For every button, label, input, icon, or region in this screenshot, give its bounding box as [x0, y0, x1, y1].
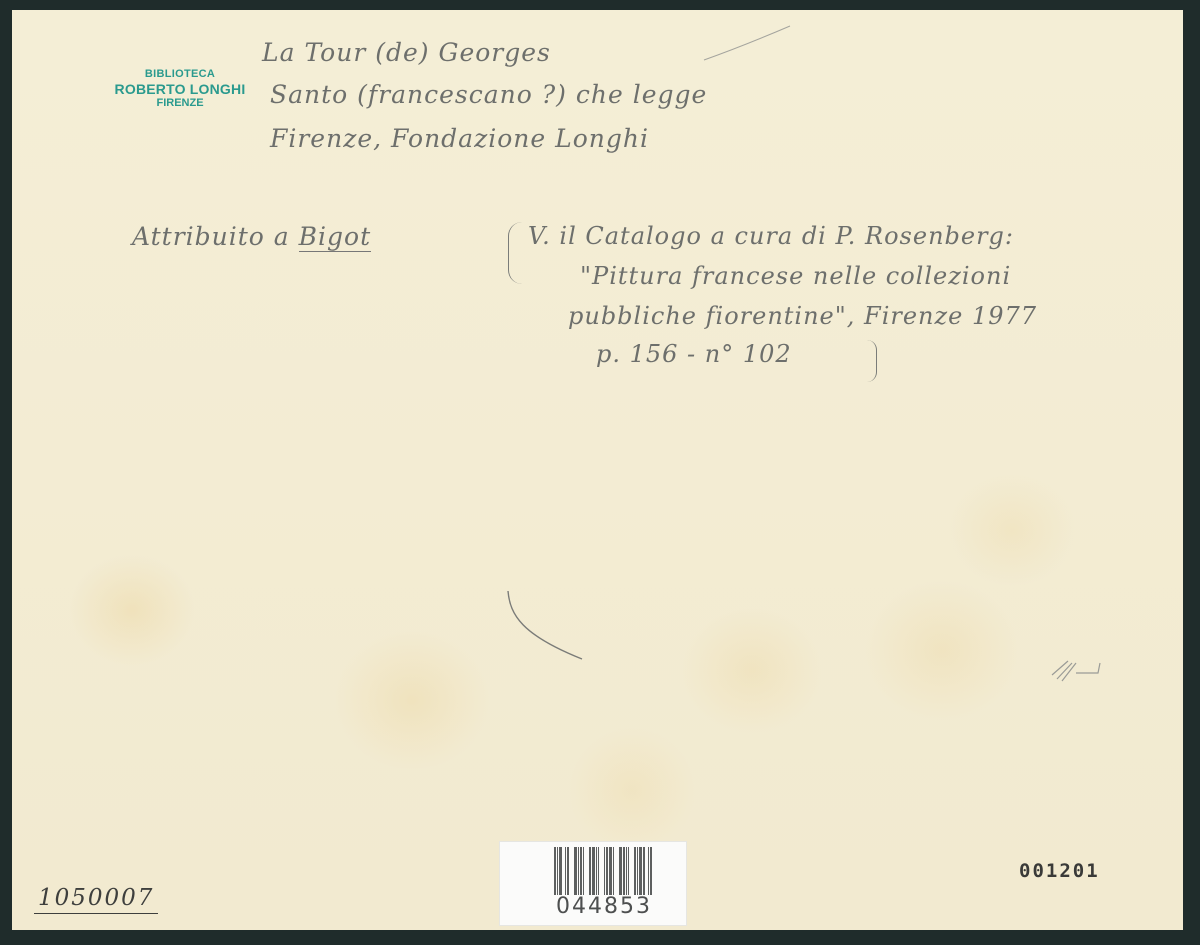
- library-stamp: BIBLIOTECA ROBERTO LONGHI FIRENZE: [100, 68, 260, 109]
- reference-line-1: V. il Catalogo a cura di P. Rosenberg:: [528, 222, 1014, 250]
- inventory-number: 1050007: [34, 885, 158, 914]
- reference-line-4: p. 156 - n° 102: [596, 340, 792, 368]
- barcode-bars: [554, 847, 672, 895]
- note-subject: Santo (francescano ?) che legge: [270, 80, 707, 109]
- attribution-prefix: Attribuito a: [132, 222, 299, 251]
- reference-line-2: "Pittura francese nelle collezioni: [580, 262, 1011, 290]
- pencil-faint-line: [702, 24, 792, 64]
- note-artist-name: La Tour (de) Georges: [262, 38, 551, 67]
- pencil-stroke-mark: [502, 585, 592, 665]
- barcode-label: 044853: [499, 841, 687, 926]
- stamp-line-roberto-longhi: ROBERTO LONGHI: [100, 81, 260, 97]
- note-attribution: Attribuito a Bigot: [132, 222, 371, 251]
- reference-close-bracket: [862, 340, 877, 382]
- note-location: Firenze, Fondazione Longhi: [270, 124, 649, 153]
- attribution-artist: Bigot: [299, 222, 371, 252]
- photo-verso-paper: BIBLIOTECA ROBERTO LONGHI FIRENZE La Tou…: [12, 10, 1183, 930]
- reference-open-bracket: [508, 222, 523, 284]
- reference-line-3: pubbliche fiorentine", Firenze 1977: [568, 302, 1037, 330]
- serial-number-stamp: 001201: [1019, 860, 1100, 882]
- stamp-line-firenze: FIRENZE: [100, 97, 260, 110]
- stamp-line-biblioteca: BIBLIOTECA: [100, 68, 260, 81]
- pencil-scribble-mark: [1048, 655, 1108, 685]
- barcode-number: 044853: [556, 894, 652, 919]
